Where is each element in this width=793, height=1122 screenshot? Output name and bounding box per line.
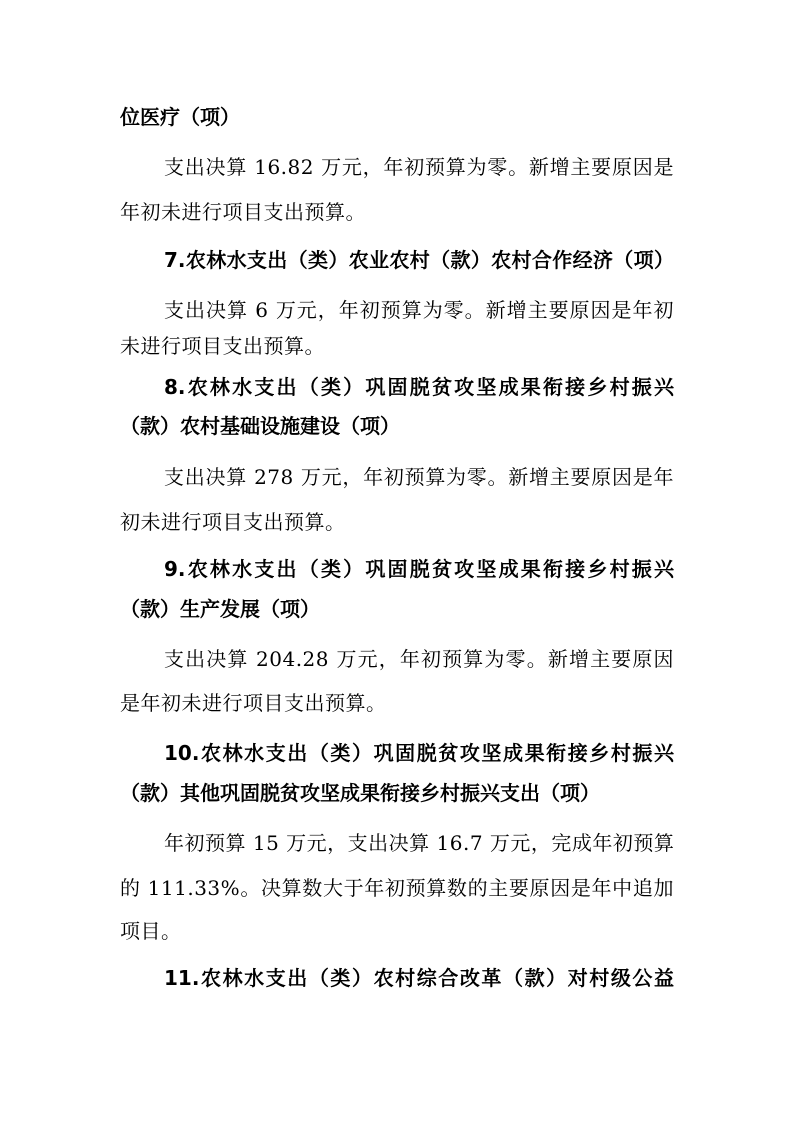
section-body-line: 年初预算 15 万元，支出决算 16.7 万元，完成年初预算 (164, 831, 674, 855)
section-heading: 7.农林水支出（类）农业农村（款）农村合作经济（项） (164, 248, 674, 272)
section-body-line: 初未进行项目支出预算。 (120, 510, 346, 534)
section-body-line: 支出决算 204.28 万元，年初预算为零。新增主要原因 (164, 647, 674, 671)
section-body-line: 的 111.33%。决算数大于年初预算数的主要原因是年中追加 (120, 876, 674, 900)
section-heading: 9.农林水支出（类）巩固脱贫攻坚成果衔接乡村振兴 (164, 557, 674, 581)
section-heading: 位医疗（项） (120, 105, 240, 129)
section-body-line: 项目。 (120, 919, 182, 943)
section-body-line: 未进行项目支出预算。 (120, 334, 325, 358)
section-heading: 8.农林水支出（类）巩固脱贫攻坚成果衔接乡村振兴 (164, 375, 674, 399)
section-body-line: 年初未进行项目支出预算。 (120, 200, 366, 224)
section-heading: （款）农村基础设施建设（项） (120, 414, 400, 438)
section-heading: 10.农林水支出（类）巩固脱贫攻坚成果衔接乡村振兴 (164, 741, 674, 765)
section-body-line: 是年初未进行项目支出预算。 (120, 691, 387, 715)
section-body-line: 支出决算 16.82 万元，年初预算为零。新增主要原因是 (164, 155, 674, 179)
section-body-line: 支出决算 6 万元，年初预算为零。新增主要原因是年初 (164, 298, 674, 322)
section-body-line: 支出决算 278 万元，年初预算为零。新增主要原因是年 (164, 465, 674, 489)
section-heading: 11.农林水支出（类）农村综合改革（款）对村级公益 (164, 966, 674, 990)
section-heading: （款）其他巩固脱贫攻坚成果衔接乡村振兴支出（项） (120, 781, 600, 805)
section-heading: （款）生产发展（项） (120, 597, 320, 621)
